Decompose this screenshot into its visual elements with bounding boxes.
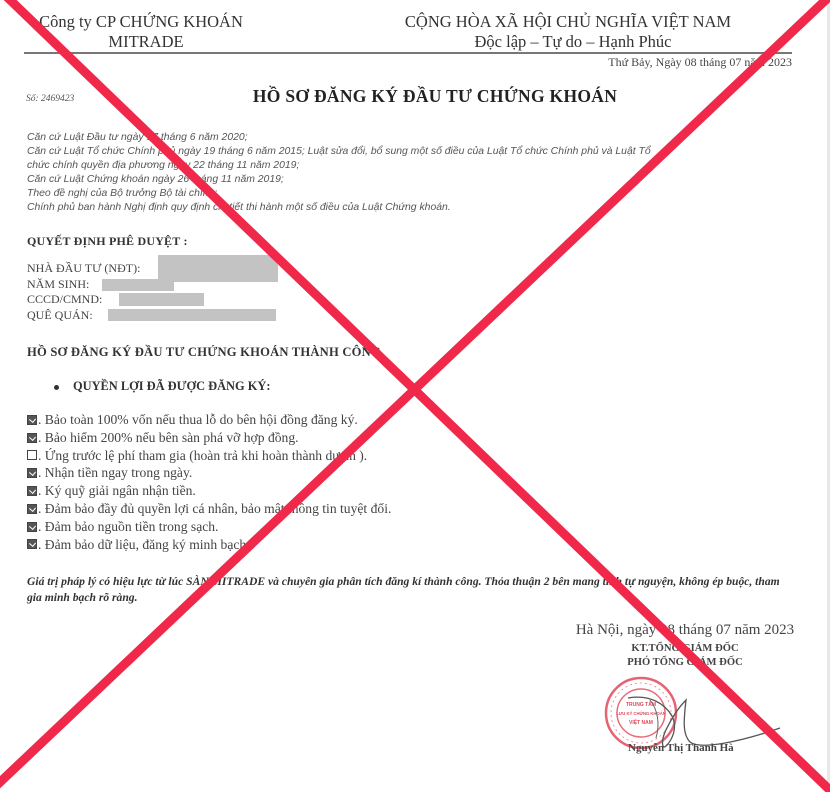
checked-box-icon bbox=[27, 522, 37, 532]
id-number-field: CCCD/CMND: bbox=[27, 292, 140, 308]
investor-name-field: NHÀ ĐẦU TƯ (NĐT): bbox=[27, 261, 140, 277]
signer-role: KT.TỔNG GIÁM ĐỐC PHÓ TỔNG GIÁM ĐỐC bbox=[560, 642, 810, 670]
bullet-icon bbox=[54, 385, 59, 390]
hometown-field: QUÊ QUÁN: bbox=[27, 308, 140, 324]
field-label: NĂM SINH: bbox=[27, 277, 89, 291]
document-page: Công ty CP CHỨNG KHOÁN MITRADE CỘNG HÒA … bbox=[0, 0, 830, 792]
nation-name: CỘNG HÒA XÃ HỘI CHỦ NGHĨA VIỆT NAM bbox=[370, 12, 766, 32]
checked-box-icon bbox=[27, 468, 37, 478]
redacted-value bbox=[108, 309, 276, 321]
legal-basis-line: Chính phủ ban hành Nghị định quy định ch… bbox=[27, 201, 797, 215]
legal-statement: Giá trị pháp lý có hiệu lực từ lúc SÀN M… bbox=[27, 574, 797, 606]
benefits-heading-text: QUYỀN LỢI ĐÃ ĐƯỢC ĐĂNG KÝ: bbox=[73, 379, 270, 393]
document-title: HỒ SƠ ĐĂNG KÝ ĐẦU TƯ CHỨNG KHOÁN bbox=[0, 86, 830, 107]
legal-basis-line: Căn cứ Luật Tổ chức Chính phủ ngày 19 th… bbox=[27, 145, 797, 159]
checked-box-icon bbox=[27, 539, 37, 549]
red-x-cross-icon bbox=[0, 0, 830, 792]
national-motto: Độc lập – Tự do – Hạnh Phúc bbox=[475, 32, 672, 51]
company-name: Công ty CP CHỨNG KHOÁN bbox=[26, 12, 256, 32]
benefit-text: . Ứng trước lệ phí tham gia (hoàn trả kh… bbox=[38, 447, 367, 465]
signature-block: Hà Nội, ngày 08 tháng 07 năm 2023 KT.TỔN… bbox=[560, 622, 810, 670]
legal-basis: Căn cứ Luật Đầu tư ngày 17 tháng 6 năm 2… bbox=[27, 131, 797, 215]
benefit-item: . Ký quỹ giải ngân nhận tiền. bbox=[27, 482, 391, 500]
field-label: QUÊ QUÁN: bbox=[27, 308, 93, 322]
benefit-text: . Bảo toàn 100% vốn nếu thua lỗ do bên h… bbox=[38, 411, 358, 429]
legal-basis-line: Theo đề nghị của Bộ trưởng Bộ tài chính; bbox=[27, 187, 797, 201]
legal-basis-line: Căn cứ Luật Chứng khoán ngày 26 tháng 11… bbox=[27, 173, 797, 187]
signer-role-line2: PHÓ TỔNG GIÁM ĐỐC bbox=[560, 656, 810, 670]
benefit-item: . Bảo hiểm 200% nếu bên sàn phá vỡ hợp đ… bbox=[27, 429, 391, 447]
benefit-text: . Đảm bảo nguồn tiền trong sạch. bbox=[38, 518, 218, 536]
legal-basis-line: chức chính quyền địa phương ngày 22 thán… bbox=[27, 159, 797, 173]
benefit-text: . Đảm bảo đầy đủ quyền lợi cá nhân, bảo … bbox=[38, 500, 391, 518]
checked-box-icon bbox=[27, 415, 37, 425]
checked-box-icon bbox=[27, 433, 37, 443]
investor-fields: NHÀ ĐẦU TƯ (NĐT): NĂM SINH: CCCD/CMND: Q… bbox=[27, 261, 140, 323]
unchecked-box-icon bbox=[27, 450, 37, 460]
national-header: CỘNG HÒA XÃ HỘI CHỦ NGHĨA VIỆT NAM Độc l… bbox=[380, 12, 766, 52]
benefits-heading: QUYỀN LỢI ĐÃ ĐƯỢC ĐĂNG KÝ: bbox=[54, 379, 270, 394]
benefit-text: . Ký quỹ giải ngân nhận tiền. bbox=[38, 482, 196, 500]
company-name-line2: MITRADE bbox=[108, 32, 183, 51]
signer-role-line1: KT.TỔNG GIÁM ĐỐC bbox=[560, 642, 810, 656]
benefit-text: . Đảm bảo dữ liệu, đăng ký minh bạch. bbox=[38, 536, 250, 554]
field-label: CCCD/CMND: bbox=[27, 292, 102, 306]
benefit-text: . Bảo hiểm 200% nếu bên sàn phá vỡ hợp đ… bbox=[38, 429, 299, 447]
field-label: NHÀ ĐẦU TƯ (NĐT): bbox=[27, 261, 140, 275]
legal-basis-line: Căn cứ Luật Đầu tư ngày 17 tháng 6 năm 2… bbox=[27, 131, 797, 145]
benefit-item: . Ứng trước lệ phí tham gia (hoàn trả kh… bbox=[27, 447, 391, 465]
header-divider bbox=[24, 52, 792, 54]
redacted-value bbox=[119, 293, 204, 306]
benefit-item: . Đảm bảo đầy đủ quyền lợi cá nhân, bảo … bbox=[27, 500, 391, 518]
benefit-item: . Nhận tiền ngay trong ngày. bbox=[27, 464, 391, 482]
benefit-item: . Bảo toàn 100% vốn nếu thua lỗ do bên h… bbox=[27, 411, 391, 429]
checked-box-icon bbox=[27, 486, 37, 496]
benefits-list: . Bảo toàn 100% vốn nếu thua lỗ do bên h… bbox=[27, 411, 391, 553]
benefit-item: . Đảm bảo nguồn tiền trong sạch. bbox=[27, 518, 391, 536]
company-header: Công ty CP CHỨNG KHOÁN MITRADE bbox=[36, 12, 256, 52]
document-date: Thứ Bảy, Ngày 08 tháng 07 năm 2023 bbox=[608, 55, 792, 70]
birth-year-field: NĂM SINH: bbox=[27, 277, 140, 293]
sign-place-date: Hà Nội, ngày 08 tháng 07 năm 2023 bbox=[560, 622, 810, 639]
signer-name: Nguyễn Thị Thanh Hà bbox=[628, 742, 734, 754]
approval-heading: QUYẾT ĐỊNH PHÊ DUYỆT : bbox=[27, 234, 188, 249]
benefit-item: . Đảm bảo dữ liệu, đăng ký minh bạch. bbox=[27, 536, 391, 554]
redacted-value bbox=[102, 279, 174, 291]
success-heading: HỒ SƠ ĐĂNG KÝ ĐẦU TƯ CHỨNG KHOÁN THÀNH C… bbox=[27, 345, 384, 360]
benefit-text: . Nhận tiền ngay trong ngày. bbox=[38, 464, 192, 482]
redacted-value bbox=[158, 255, 278, 282]
checked-box-icon bbox=[27, 504, 37, 514]
